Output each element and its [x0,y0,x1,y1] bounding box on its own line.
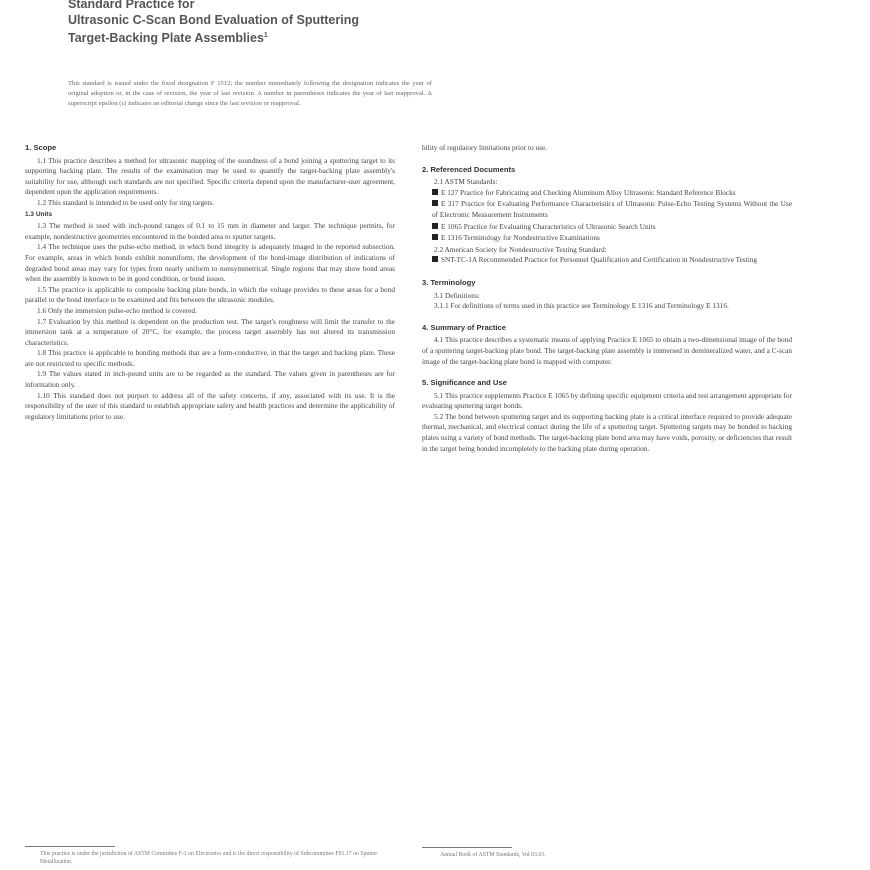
footnote-right: Annual Book of ASTM Standards, Vol 03.03… [440,851,640,859]
right-column: bility of regulatory limitations prior t… [422,143,792,454]
paragraph-3-1-1: 3.1.1 For definitions of terms used in t… [422,301,792,312]
paragraph-5-1: 5.1 This practice supplements Practice E… [422,391,792,412]
reference-item: SNT-TC-1A Recommended Practice for Perso… [432,255,792,266]
paragraph-1-4: 1.4 The technique uses the pulse-echo me… [25,242,395,284]
footnote-rule-left [25,846,115,847]
paragraph-1-3: 1.3 The method is used with inch-pound r… [25,221,395,242]
bullet-icon [432,223,438,229]
footnote-rule-right [422,847,512,848]
bullet-icon [432,200,438,206]
paragraph-1-6: 1.6 Only the immersion pulse-echo method… [25,306,395,317]
paragraph-1-10: 1.10 This standard does not purport to a… [25,391,395,423]
bullet-icon [432,256,438,262]
bullet-icon [432,234,438,240]
reference-item: E 317 Practice for Evaluating Performanc… [432,199,792,220]
paragraph-3-1: 3.1 Definitions: [422,291,792,302]
paragraph-1-7: 1.7 Evaluation by this method is depende… [25,317,395,349]
paragraph-1-9: 1.9 The values stated in inch-pound unit… [25,369,395,390]
reference-item: E 127 Practice for Fabricating and Check… [432,188,792,199]
title-line-1: Standard Practice for [68,0,488,12]
paragraph-1-8: 1.8 This practice is applicable to bondi… [25,348,395,369]
paragraph-2-2: 2.2 American Society for Nondestructive … [422,245,792,256]
document-title: Standard Practice for Ultrasonic C-Scan … [68,0,488,46]
paragraph-5-2: 5.2 The bond between sputtering target a… [422,412,792,454]
paragraph-2-1: 2.1 ASTM Standards: [422,177,792,188]
footnote-left: This practice is under the jurisdiction … [40,850,395,866]
reference-item: E 1316 Terminology for Nondestructive Ex… [432,233,792,244]
section-heading-referenced-documents: 2. Referenced Documents [422,165,792,176]
section-heading-significance: 5. Significance and Use [422,378,792,389]
section-heading-units: 1.3 Units [25,210,395,221]
title-footnote-mark: 1 [264,32,268,39]
bullet-icon [432,189,438,195]
title-line-2: Ultrasonic C-Scan Bond Evaluation of Spu… [68,12,488,28]
paragraph-4-1: 4.1 This practice describes a systematic… [422,335,792,367]
designation-note: This standard is issued under the fixed … [68,79,432,109]
title-line-3: Target-Backing Plate Assemblies1 [68,28,488,46]
section-heading-scope: 1. Scope [25,143,395,154]
paragraph-1-2: 1.2 This standard is intended to be used… [25,198,395,209]
carryover-text: bility of regulatory limitations prior t… [422,143,792,154]
reference-item: E 1065 Practice for Evaluating Character… [432,222,792,233]
document-page: Standard Practice for Ultrasonic C-Scan … [0,0,870,870]
paragraph-1-5: 1.5 The practice is applicable to compos… [25,285,395,306]
section-heading-summary: 4. Summary of Practice [422,323,792,334]
paragraph-1-1: 1.1 This practice describes a method for… [25,156,395,198]
section-heading-terminology: 3. Terminology [422,278,792,289]
left-column: 1. Scope 1.1 This practice describes a m… [25,140,395,422]
